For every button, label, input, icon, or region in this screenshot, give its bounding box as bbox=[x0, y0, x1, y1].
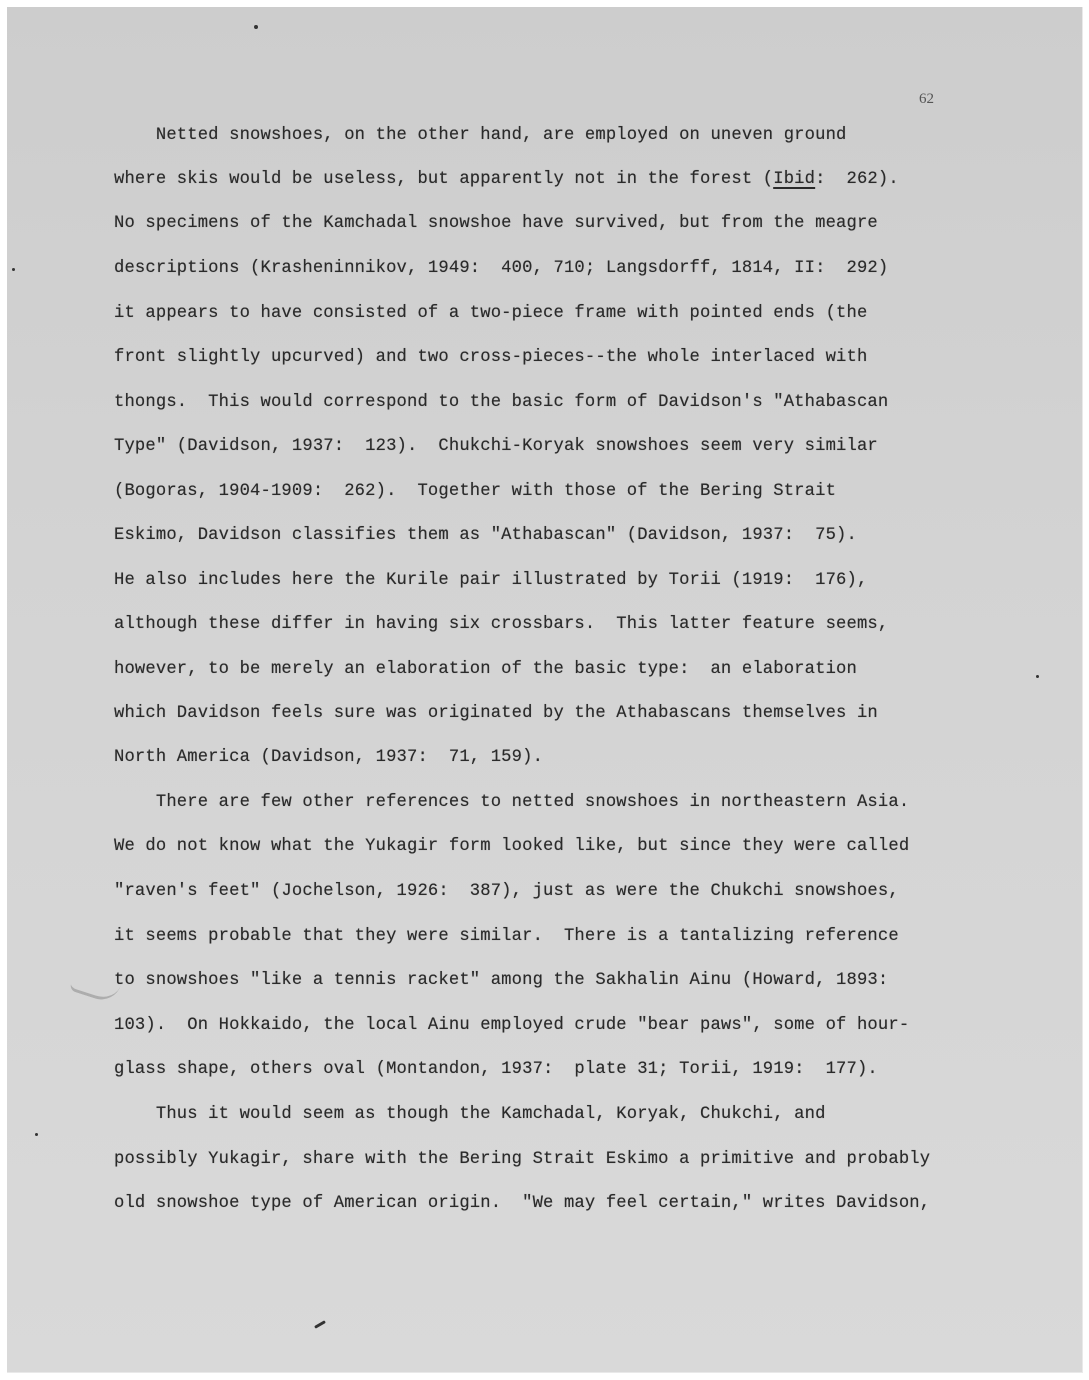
text-line-16: There are few other references to netted… bbox=[114, 793, 909, 812]
scan-speck bbox=[35, 1133, 38, 1136]
text-line-6: front slightly upcurved) and two cross-p… bbox=[114, 348, 867, 367]
text-line-14: which Davidson feels sure was originated… bbox=[114, 704, 878, 723]
scan-speck bbox=[1036, 675, 1039, 678]
page-number: 62 bbox=[919, 91, 934, 108]
text-line-23: Thus it would seem as though the Kamchad… bbox=[114, 1105, 826, 1124]
text-line-5: it appears to have consisted of a two-pi… bbox=[114, 304, 867, 323]
text-line-21: 103). On Hokkaido, the local Ainu employ… bbox=[114, 1016, 909, 1035]
scan-speck bbox=[12, 268, 15, 271]
text-line-2-pre: where skis would be useless, but apparen… bbox=[114, 170, 773, 189]
text-line-15: North America (Davidson, 1937: 71, 159). bbox=[114, 748, 543, 767]
ink-mark bbox=[314, 1320, 326, 1329]
text-line-2-post: : 262). bbox=[815, 170, 899, 189]
text-line-17: We do not know what the Yukagir form loo… bbox=[114, 837, 909, 856]
text-line-9: (Bogoras, 1904-1909: 262). Together with… bbox=[114, 482, 836, 501]
scan-speck bbox=[254, 25, 258, 29]
text-line-18: "raven's feet" (Jochelson, 1926: 387), j… bbox=[114, 882, 899, 901]
ibid-underlined: Ibid bbox=[773, 170, 815, 189]
text-line-10: Eskimo, Davidson classifies them as "Ath… bbox=[114, 526, 857, 545]
text-line-13: however, to be merely an elaboration of … bbox=[114, 660, 857, 679]
text-line-7: thongs. This would correspond to the bas… bbox=[114, 393, 888, 412]
text-line-24: possibly Yukagir, share with the Bering … bbox=[114, 1150, 930, 1169]
text-line-12: although these differ in having six cros… bbox=[114, 615, 888, 634]
text-line-22: glass shape, others oval (Montandon, 193… bbox=[114, 1060, 878, 1079]
text-line-3: No specimens of the Kamchadal snowshoe h… bbox=[114, 214, 878, 233]
text-line-11: He also includes here the Kurile pair il… bbox=[114, 571, 867, 590]
text-line-20: to snowshoes "like a tennis racket" amon… bbox=[114, 971, 888, 990]
text-line-4: descriptions (Krasheninnikov, 1949: 400,… bbox=[114, 259, 888, 278]
text-line-25: old snowshoe type of American origin. "W… bbox=[114, 1194, 930, 1213]
scanned-page: 62 Netted snowshoes, on the other hand, … bbox=[7, 7, 1083, 1373]
text-line-1: Netted snowshoes, on the other hand, are… bbox=[114, 126, 847, 145]
text-line-19: it seems probable that they were similar… bbox=[114, 927, 899, 946]
text-line-2: where skis would be useless, but apparen… bbox=[114, 170, 899, 189]
text-line-8: Type" (Davidson, 1937: 123). Chukchi-Kor… bbox=[114, 437, 878, 456]
